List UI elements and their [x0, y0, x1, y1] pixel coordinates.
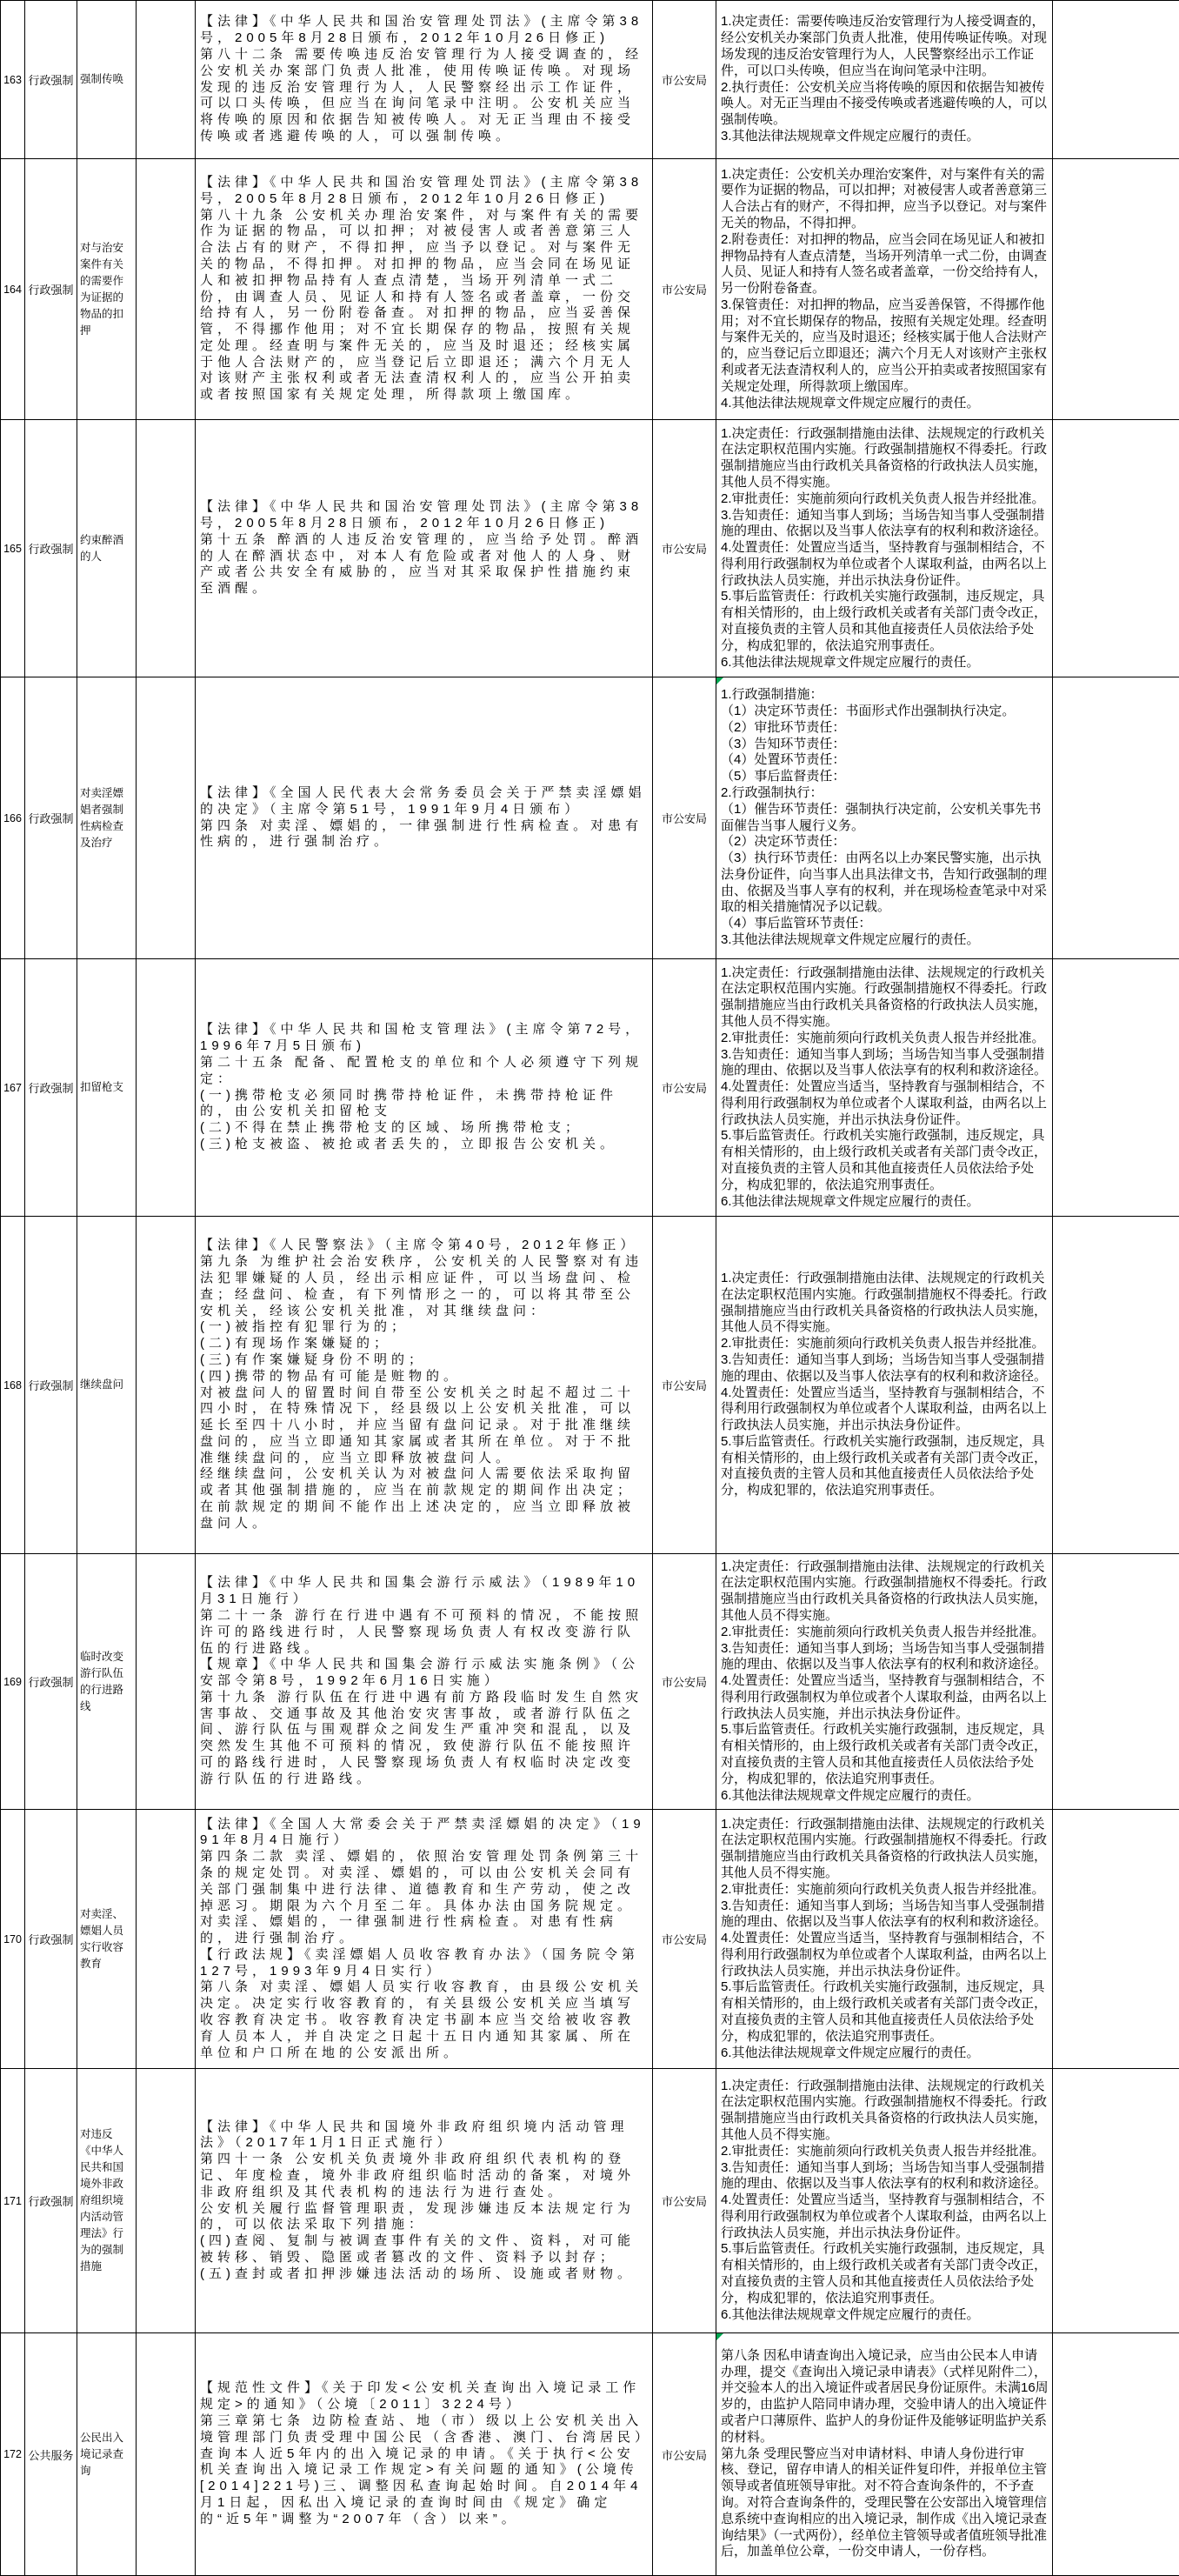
row-number: 163 — [1, 1, 25, 159]
department: 市公安局 — [653, 2069, 716, 2333]
table-row: 169行政强制临时改变游行队伍的行进路线【法律】《中华人民共和国集会游行示威法》… — [1, 1554, 1179, 1810]
table-row: 172公共服务公民出入境记录查询【规范性文件】《关于印发<公安机关查询出入境记录… — [1, 2333, 1179, 2576]
row-category: 行政强制 — [25, 159, 77, 420]
spacer-cell-right — [1053, 1554, 1179, 1810]
row-number: 165 — [1, 420, 25, 677]
spacer-cell-right — [1053, 159, 1179, 420]
spacer-cell-right — [1053, 1810, 1179, 2069]
spacer-cell — [137, 959, 196, 1217]
table-row: 165行政强制约束醉酒的人【法律】《中华人民共和国治安管理处罚法》(主席令第38… — [1, 420, 1179, 677]
responsibility: 1.决定责任：行政强制措施由法律、法规规定的行政机关在法定职权范围内实施。行政强… — [716, 1217, 1053, 1554]
department: 市公安局 — [653, 420, 716, 677]
responsibility: 1.行政强制措施： （1）决定环节责任：书面形式作出强制执行决定。 （2）审批环… — [716, 677, 1053, 959]
responsibility-text: 1.决定责任：行政强制措施由法律、法规规定的行政机关在法定职权范围内实施。行政强… — [721, 965, 1047, 1209]
responsibility-text: 1.决定责任：行政强制措施由法律、法规规定的行政机关在法定职权范围内实施。行政强… — [721, 2079, 1047, 2322]
row-category: 行政强制 — [25, 1810, 77, 2069]
green-corner-marker-icon — [716, 2333, 723, 2340]
responsibility-text: 第八条 因私申请查询出入境记录，应当由公民本人申请办理，提交《查询出入境记录申请… — [721, 2348, 1049, 2559]
table-row: 170行政强制对卖淫、嫖娼人员实行收容教育【法律】《全国人大常委会关于严禁卖淫嫖… — [1, 1810, 1179, 2069]
responsibility-text: 1.决定责任：行政强制措施由法律、法规规定的行政机关在法定职权范围内实施。行政强… — [721, 1271, 1047, 1498]
row-item-name: 约束醉酒的人 — [77, 420, 137, 677]
green-corner-marker-icon — [716, 677, 723, 684]
legal-basis: 【法律】《中华人民共和国枪支管理法》(主席令第72号，1996年7月5日颁布) … — [196, 959, 653, 1217]
table-row: 164行政强制对与治安案件有关的需要作为证据的物品的扣押【法律】《中华人民共和国… — [1, 159, 1179, 420]
legal-basis: 【法律】《全国人民代表大会常务委员会关于严禁卖淫嫖娼的决定》（主席令第51号，1… — [196, 677, 653, 959]
spacer-cell — [137, 2333, 196, 2576]
row-number: 166 — [1, 677, 25, 959]
legal-basis: 【法律】《中华人民共和国治安管理处罚法》(主席令第38号，2005年8月28日颁… — [196, 1, 653, 159]
spacer-cell-right — [1053, 420, 1179, 677]
row-category: 行政强制 — [25, 1217, 77, 1554]
row-category: 行政强制 — [25, 1, 77, 159]
spacer-cell-right — [1053, 2069, 1179, 2333]
responsibility: 第八条 因私申请查询出入境记录，应当由公民本人申请办理，提交《查询出入境记录申请… — [716, 2333, 1053, 2576]
row-number: 170 — [1, 1810, 25, 2069]
power-list-table: 163行政强制强制传唤【法律】《中华人民共和国治安管理处罚法》(主席令第38号，… — [0, 0, 1179, 2576]
responsibility: 1.决定责任：需要传唤违反治安管理行为人接受调查的，经公安机关办案部门负责人批准… — [716, 1, 1053, 159]
legal-basis: 【法律】《中华人民共和国治安管理处罚法》(主席令第38号，2005年8月28日颁… — [196, 159, 653, 420]
legal-basis: 【法律】《中华人民共和国治安管理处罚法》(主席令第38号，2005年8月28日颁… — [196, 420, 653, 677]
department: 市公安局 — [653, 1217, 716, 1554]
responsibility: 1.决定责任：公安机关办理治安案件，对与案件有关的需要作为证据的物品，可以扣押；… — [716, 159, 1053, 420]
responsibility-text: 1.决定责任：行政强制措施由法律、法规规定的行政机关在法定职权范围内实施。行政强… — [721, 426, 1047, 670]
legal-basis: 【法律】《人民警察法》（主席令第40号, 2012年修正） 第九条 为维护社会治… — [196, 1217, 653, 1554]
row-number: 172 — [1, 2333, 25, 2576]
department: 市公安局 — [653, 1, 716, 159]
row-item-name: 扣留枪支 — [77, 959, 137, 1217]
legal-basis: 【规范性文件】《关于印发<公安机关查询出入境记录工作规定>的通知》（公境〔201… — [196, 2333, 653, 2576]
responsibility-text: 1.决定责任：行政强制措施由法律、法规规定的行政机关在法定职权范围内实施。行政强… — [721, 1817, 1047, 2060]
row-item-name: 对卖淫、嫖娼人员实行收容教育 — [77, 1810, 137, 2069]
spacer-cell-right — [1053, 1, 1179, 159]
spacer-cell — [137, 1217, 196, 1554]
table-row: 167行政强制扣留枪支【法律】《中华人民共和国枪支管理法》(主席令第72号，19… — [1, 959, 1179, 1217]
spacer-cell-right — [1053, 959, 1179, 1217]
responsibility: 1.决定责任：行政强制措施由法律、法规规定的行政机关在法定职权范围内实施。行政强… — [716, 959, 1053, 1217]
row-item-name: 继续盘问 — [77, 1217, 137, 1554]
row-category: 行政强制 — [25, 2069, 77, 2333]
table-row: 163行政强制强制传唤【法律】《中华人民共和国治安管理处罚法》(主席令第38号，… — [1, 1, 1179, 159]
row-item-name: 对与治安案件有关的需要作为证据的物品的扣押 — [77, 159, 137, 420]
row-category: 行政强制 — [25, 1554, 77, 1810]
department: 市公安局 — [653, 1554, 716, 1810]
spacer-cell — [137, 1, 196, 159]
row-item-name: 强制传唤 — [77, 1, 137, 159]
spacer-cell — [137, 2069, 196, 2333]
department: 市公安局 — [653, 959, 716, 1217]
row-category: 公共服务 — [25, 2333, 77, 2576]
department: 市公安局 — [653, 2333, 716, 2576]
responsibility: 1.决定责任：行政强制措施由法律、法规规定的行政机关在法定职权范围内实施。行政强… — [716, 420, 1053, 677]
spacer-cell — [137, 159, 196, 420]
department: 市公安局 — [653, 1810, 716, 2069]
legal-basis: 【法律】《全国人大常委会关于严禁卖淫嫖娼的决定》（1991年8月4日施行） 第四… — [196, 1810, 653, 2069]
responsibility: 1.决定责任：行政强制措施由法律、法规规定的行政机关在法定职权范围内实施。行政强… — [716, 1554, 1053, 1810]
row-item-name: 临时改变游行队伍的行进路线 — [77, 1554, 137, 1810]
responsibility: 1.决定责任：行政强制措施由法律、法规规定的行政机关在法定职权范围内实施。行政强… — [716, 2069, 1053, 2333]
spacer-cell — [137, 420, 196, 677]
spacer-cell — [137, 1810, 196, 2069]
spacer-cell-right — [1053, 677, 1179, 959]
responsibility-text: 1.决定责任：行政强制措施由法律、法规规定的行政机关在法定职权范围内实施。行政强… — [721, 1559, 1047, 1803]
table-row: 171行政强制对违反《中华人民共和国境外非政府组织境内活动管理法》行为的强制措施… — [1, 2069, 1179, 2333]
legal-basis: 【法律】《中华人民共和国集会游行示威法》（1989年10月31日施行） 第二十一… — [196, 1554, 653, 1810]
table-row: 168行政强制继续盘问【法律】《人民警察法》（主席令第40号, 2012年修正）… — [1, 1217, 1179, 1554]
legal-basis: 【法律】《中华人民共和国境外非政府组织境内活动管理法》（2017年1月1日正式施… — [196, 2069, 653, 2333]
responsibility-text: 1.行政强制措施： （1）决定环节责任：书面形式作出强制执行决定。 （2）审批环… — [721, 687, 1047, 947]
row-item-name: 公民出入境记录查询 — [77, 2333, 137, 2576]
table-body: 163行政强制强制传唤【法律】《中华人民共和国治安管理处罚法》(主席令第38号，… — [1, 1, 1179, 2576]
row-item-name: 对违反《中华人民共和国境外非政府组织境内活动管理法》行为的强制措施 — [77, 2069, 137, 2333]
department: 市公安局 — [653, 677, 716, 959]
row-number: 169 — [1, 1554, 25, 1810]
row-category: 行政强制 — [25, 420, 77, 677]
responsibility: 1.决定责任：行政强制措施由法律、法规规定的行政机关在法定职权范围内实施。行政强… — [716, 1810, 1053, 2069]
spacer-cell-right — [1053, 1217, 1179, 1554]
spacer-cell — [137, 677, 196, 959]
row-category: 行政强制 — [25, 677, 77, 959]
department: 市公安局 — [653, 159, 716, 420]
row-category: 行政强制 — [25, 959, 77, 1217]
spacer-cell — [137, 1554, 196, 1810]
responsibility-text: 1.决定责任：需要传唤违反治安管理行为人接受调查的，经公安机关办案部门负责人批准… — [721, 14, 1047, 143]
row-item-name: 对卖淫嫖娼者强制性病检查及治疗 — [77, 677, 137, 959]
row-number: 164 — [1, 159, 25, 420]
row-number: 167 — [1, 959, 25, 1217]
responsibility-text: 1.决定责任：公安机关办理治安案件，对与案件有关的需要作为证据的物品，可以扣押；… — [721, 167, 1047, 410]
row-number: 168 — [1, 1217, 25, 1554]
spacer-cell-right — [1053, 2333, 1179, 2576]
table-row: 166行政强制对卖淫嫖娼者强制性病检查及治疗【法律】《全国人民代表大会常务委员会… — [1, 677, 1179, 959]
row-number: 171 — [1, 2069, 25, 2333]
